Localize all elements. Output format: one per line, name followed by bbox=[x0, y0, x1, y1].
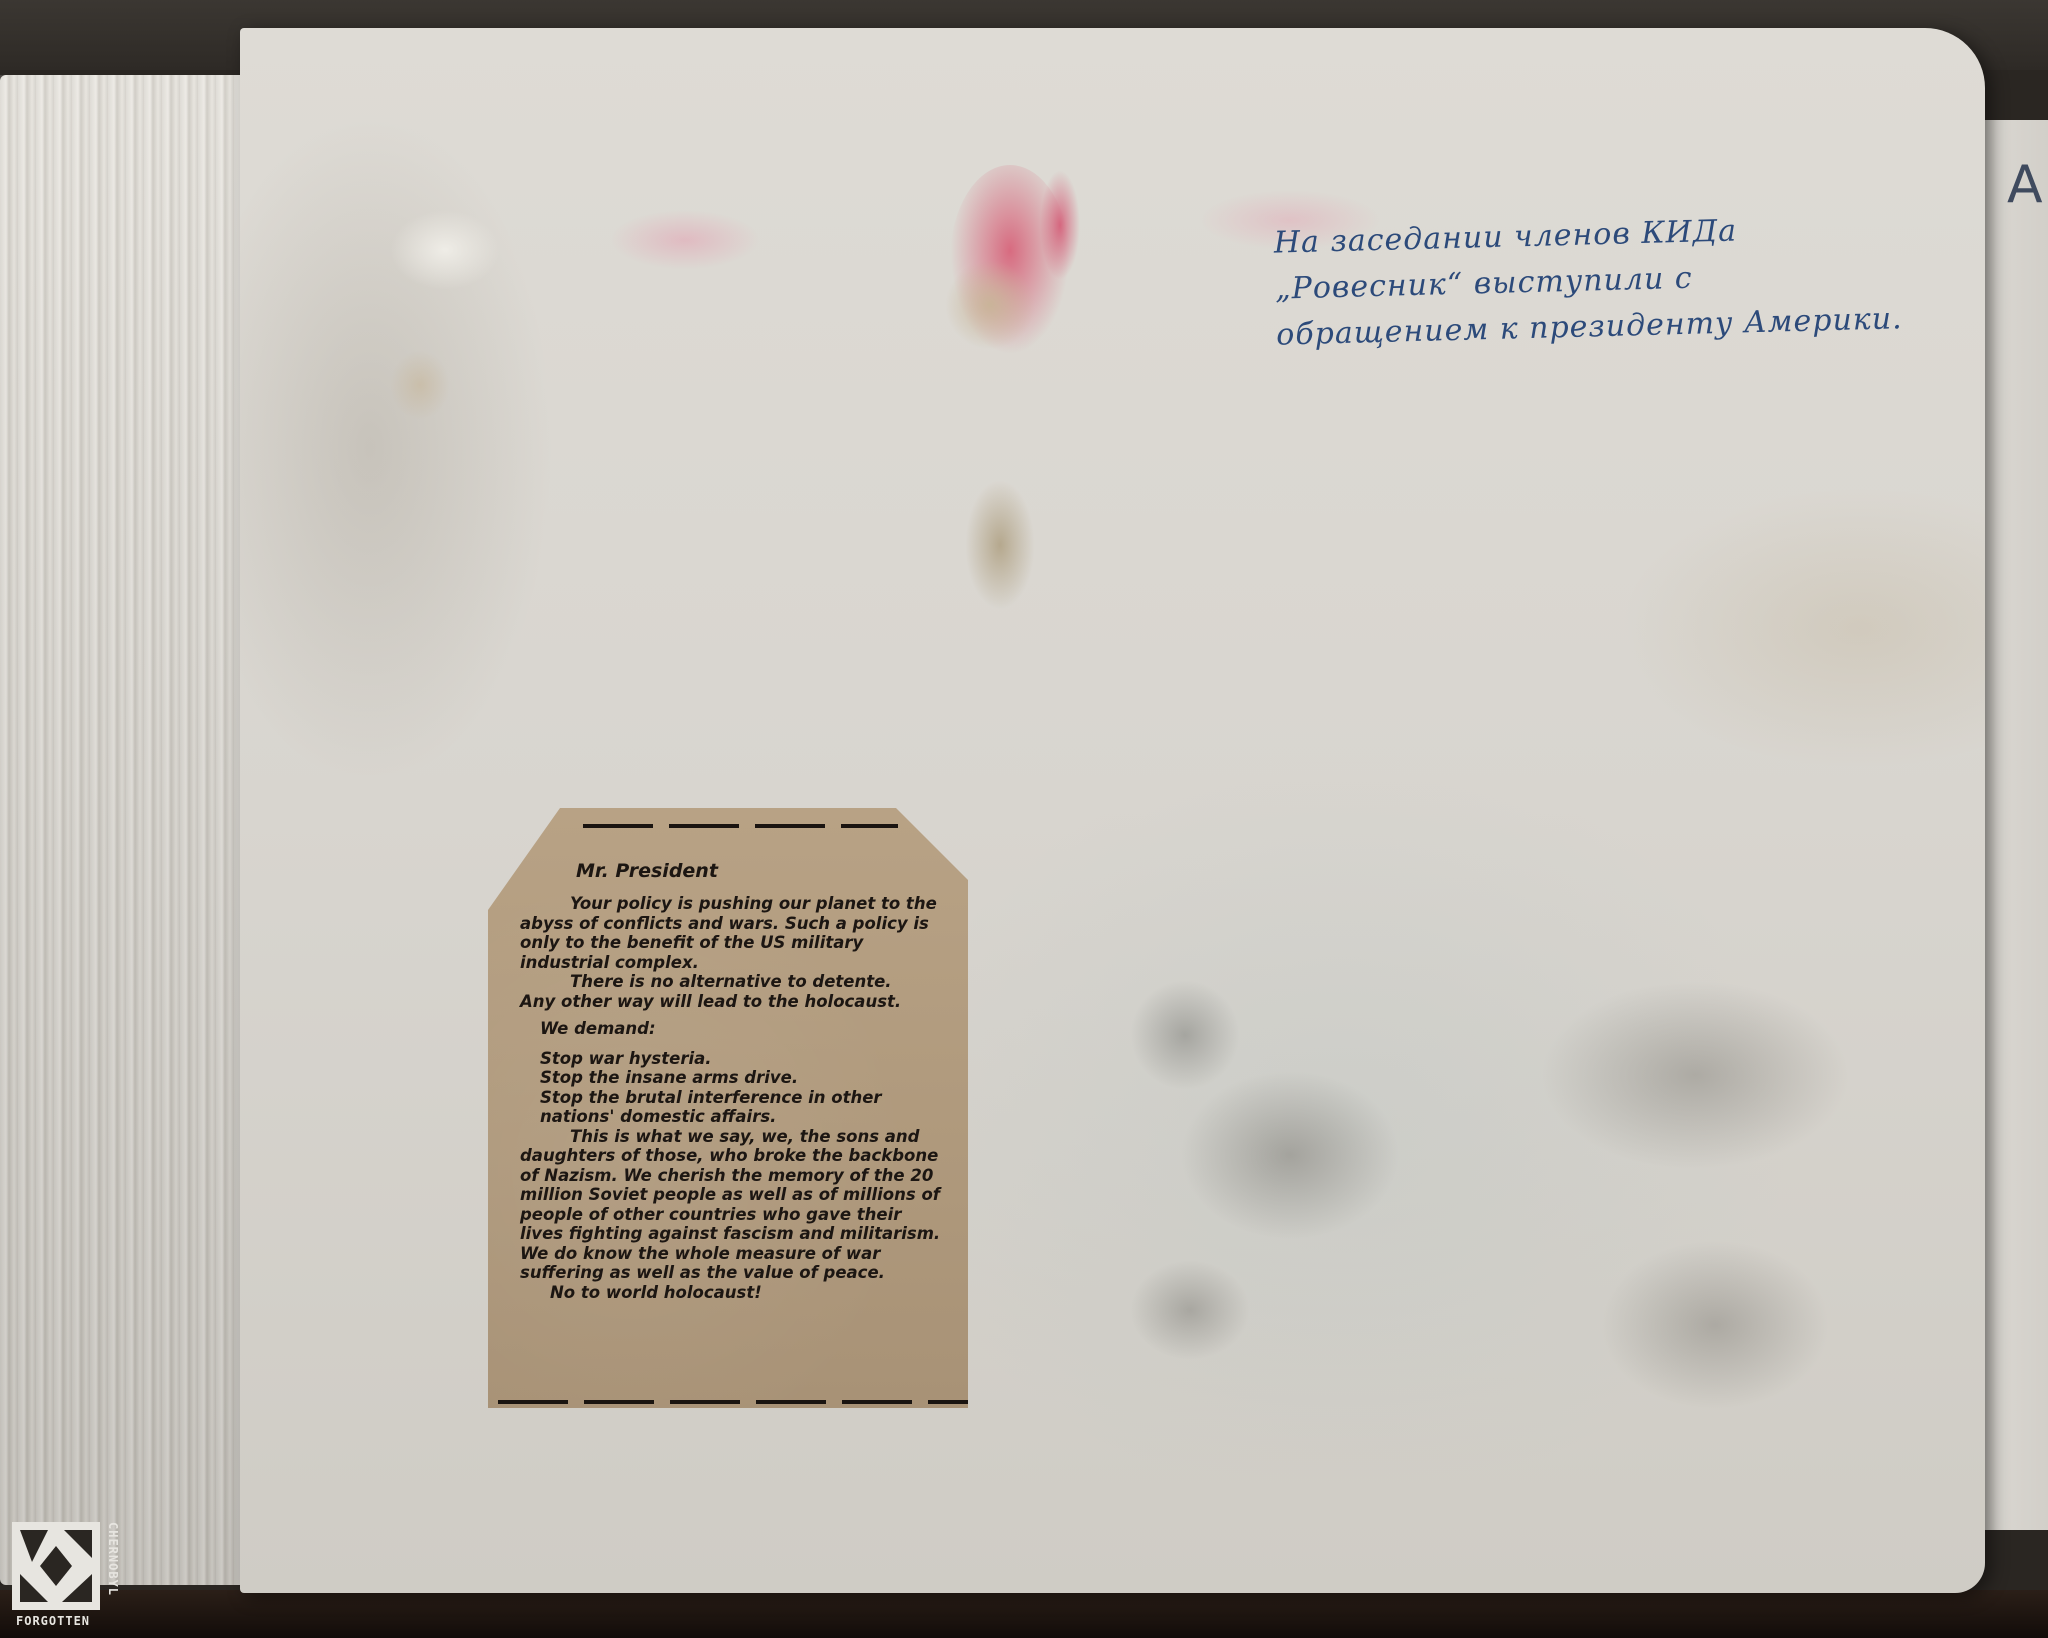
demand-item: Stop the brutal interference in other na… bbox=[540, 1088, 950, 1127]
glue-stain bbox=[1540, 980, 1850, 1170]
clipping-paragraph: This is what we say, we, the sons and da… bbox=[520, 1127, 950, 1283]
clipping-paragraph: Your policy is pushing our planet to the… bbox=[520, 894, 950, 972]
album-page-stack bbox=[0, 75, 260, 1585]
glue-residue bbox=[965, 480, 1035, 610]
clipping-line: There is no alternative to detente. bbox=[520, 972, 950, 992]
glue-stain bbox=[1180, 1070, 1400, 1240]
torn-paper-residue bbox=[390, 210, 500, 290]
next-album-page: А bbox=[1975, 120, 2048, 1530]
handwritten-caption: На заседании членов КИДа „Ровесник“ выст… bbox=[1273, 203, 1936, 358]
glue-residue bbox=[945, 260, 1035, 350]
clipping-line: Any other way will lead to the holocaust… bbox=[520, 992, 950, 1012]
watermark: FORGOTTEN CHERNOBYL bbox=[10, 1520, 120, 1630]
dashed-border-bottom bbox=[498, 1400, 968, 1404]
glue-residue bbox=[390, 350, 450, 420]
watermark-text: CHERNOBYL bbox=[106, 1522, 120, 1596]
dashed-border-top bbox=[583, 824, 898, 828]
clipping-body: Your policy is pushing our planet to the… bbox=[520, 894, 950, 1302]
next-page-letter: А bbox=[2007, 155, 2043, 215]
demand-item: Stop war hysteria. bbox=[540, 1049, 950, 1069]
newspaper-clipping: Mr. President Your policy is pushing our… bbox=[488, 808, 968, 1408]
demand-heading: We demand: bbox=[540, 1019, 950, 1039]
watermark-text: FORGOTTEN bbox=[16, 1614, 90, 1628]
glue-stain bbox=[1130, 1260, 1250, 1360]
pink-stain bbox=[1040, 170, 1080, 280]
aperture-logo-icon bbox=[12, 1522, 100, 1610]
pink-stain bbox=[610, 210, 760, 270]
clipping-title: Mr. President bbox=[576, 860, 718, 882]
clipping-closing: No to world holocaust! bbox=[550, 1283, 950, 1303]
background-wood-bottom bbox=[0, 1590, 2048, 1638]
glue-stain bbox=[1130, 980, 1240, 1090]
demand-item: Stop the insane arms drive. bbox=[540, 1068, 950, 1088]
glue-stain bbox=[1600, 1240, 1830, 1410]
